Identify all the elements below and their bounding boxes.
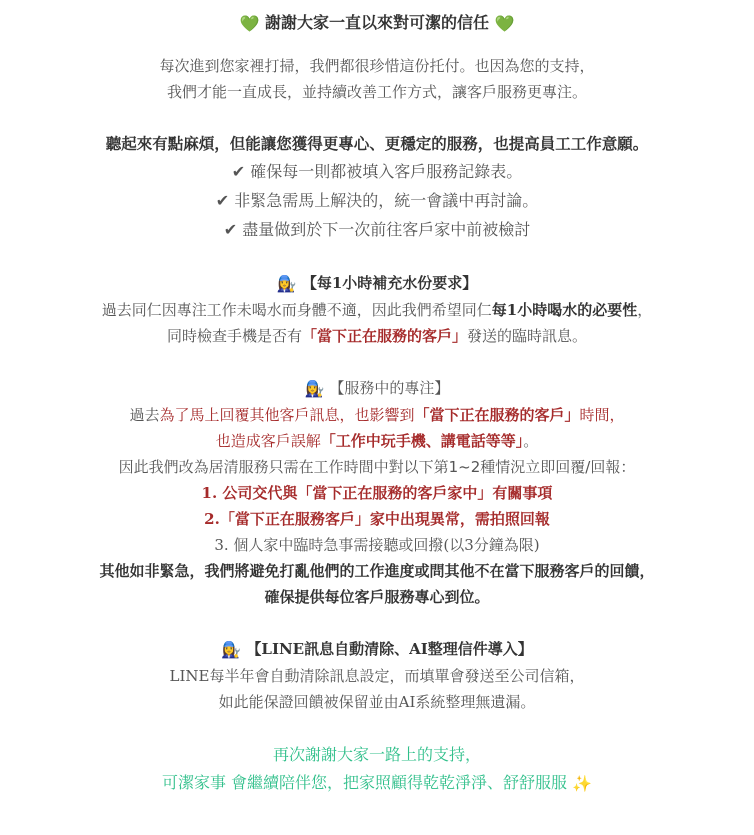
intro-line-1: 每次進到您家裡打掃，我們都很珍惜這份托付。也因為您的支持，: [0, 53, 754, 79]
rule-item-2: 2.「當下正在服務客戶」家中出現異常，需拍照回報: [0, 506, 754, 532]
section-water-heading: 👩‍🔧 【每1小時補充水份要求】: [0, 270, 754, 297]
checkmark-icon: ✔: [224, 220, 237, 239]
section-line-heading: 👩‍🔧 【LINE訊息自動清除、AI整理信件導入】: [0, 636, 754, 663]
line-section-line-1: LINE每半年會自動清除訊息設定，而填單會發送至公司信箱，: [0, 663, 754, 689]
rule-item-3: 3. 個人家中臨時急事需接聽或回撥(以3分鐘為限): [0, 532, 754, 558]
focus-line-1: 過去為了馬上回覆其他客戶訊息，也影響到「當下正在服務的客戶」時間，: [0, 402, 754, 428]
woman-mechanic-icon: 👩‍🔧: [305, 376, 325, 402]
title-text: 謝謝大家一直以來對可潔的信任: [265, 13, 489, 32]
water-line-1: 過去同仁因專注工作未喝水而身體不適，因此我們希望同仁每1小時喝水的必要性，: [0, 297, 754, 323]
benefit-item: ✔ 非緊急需馬上解決的，統一會議中再討論。: [0, 186, 754, 215]
focus-line-3: 因此我們改為居清服務只需在工作時間中對以下第1~2種情況立即回覆/回報：: [0, 454, 754, 480]
benefit-item: ✔ 盡量做到於下一次前往客戶家中前被檢討: [0, 215, 754, 244]
focus-closing-1: 其他如非緊急，我們將避免打亂他們的工作進度或問其他不在當下服務客戶的回饋，: [0, 558, 754, 584]
checkmark-icon: ✔: [232, 162, 245, 181]
section-focus-heading: 👩‍🔧 【服務中的專注】: [0, 375, 754, 402]
green-heart-icon: 💚: [239, 11, 259, 37]
rule-item-1: 1. 公司交代與「當下正在服務的客戶家中」有關事項: [0, 480, 754, 506]
footer-line-1: 再次謝謝大家一路上的支持，: [0, 741, 754, 769]
green-heart-icon: 💚: [495, 11, 515, 37]
notice-document: 💚 謝謝大家一直以來對可潔的信任 💚 每次進到您家裡打掃，我們都很珍惜這份托付。…: [0, 0, 754, 798]
line-section-line-2: 如此能保證回饋被保留並由AI系統整理無遺漏。: [0, 689, 754, 715]
woman-mechanic-icon: 👩‍🔧: [221, 637, 241, 663]
water-line-2: 同時檢查手機是否有「當下正在服務的客戶」發送的臨時訊息。: [0, 323, 754, 349]
focus-closing-2: 確保提供每位客戶服務專心到位。: [0, 584, 754, 610]
benefits-heading: 聽起來有點麻煩，但能讓您獲得更專心、更穩定的服務，也提高員工工作意願。: [0, 131, 754, 157]
woman-mechanic-icon: 👩‍🔧: [277, 271, 297, 297]
benefit-item: ✔ 確保每一則都被填入客戶服務記錄表。: [0, 157, 754, 186]
intro-line-2: 我們才能一直成長，並持續改善工作方式，讓客戶服務更專注。: [0, 79, 754, 105]
page-title: 💚 謝謝大家一直以來對可潔的信任 💚: [0, 10, 754, 37]
footer-line-2: 可潔家事 會繼續陪伴您，把家照顧得乾乾淨淨、舒舒服服 ✨: [0, 769, 754, 798]
checkmark-icon: ✔: [216, 191, 229, 210]
sparkles-icon: ✨: [572, 770, 592, 798]
focus-line-2: 也造成客戶誤解「工作中玩手機、講電話等等」。: [0, 428, 754, 454]
